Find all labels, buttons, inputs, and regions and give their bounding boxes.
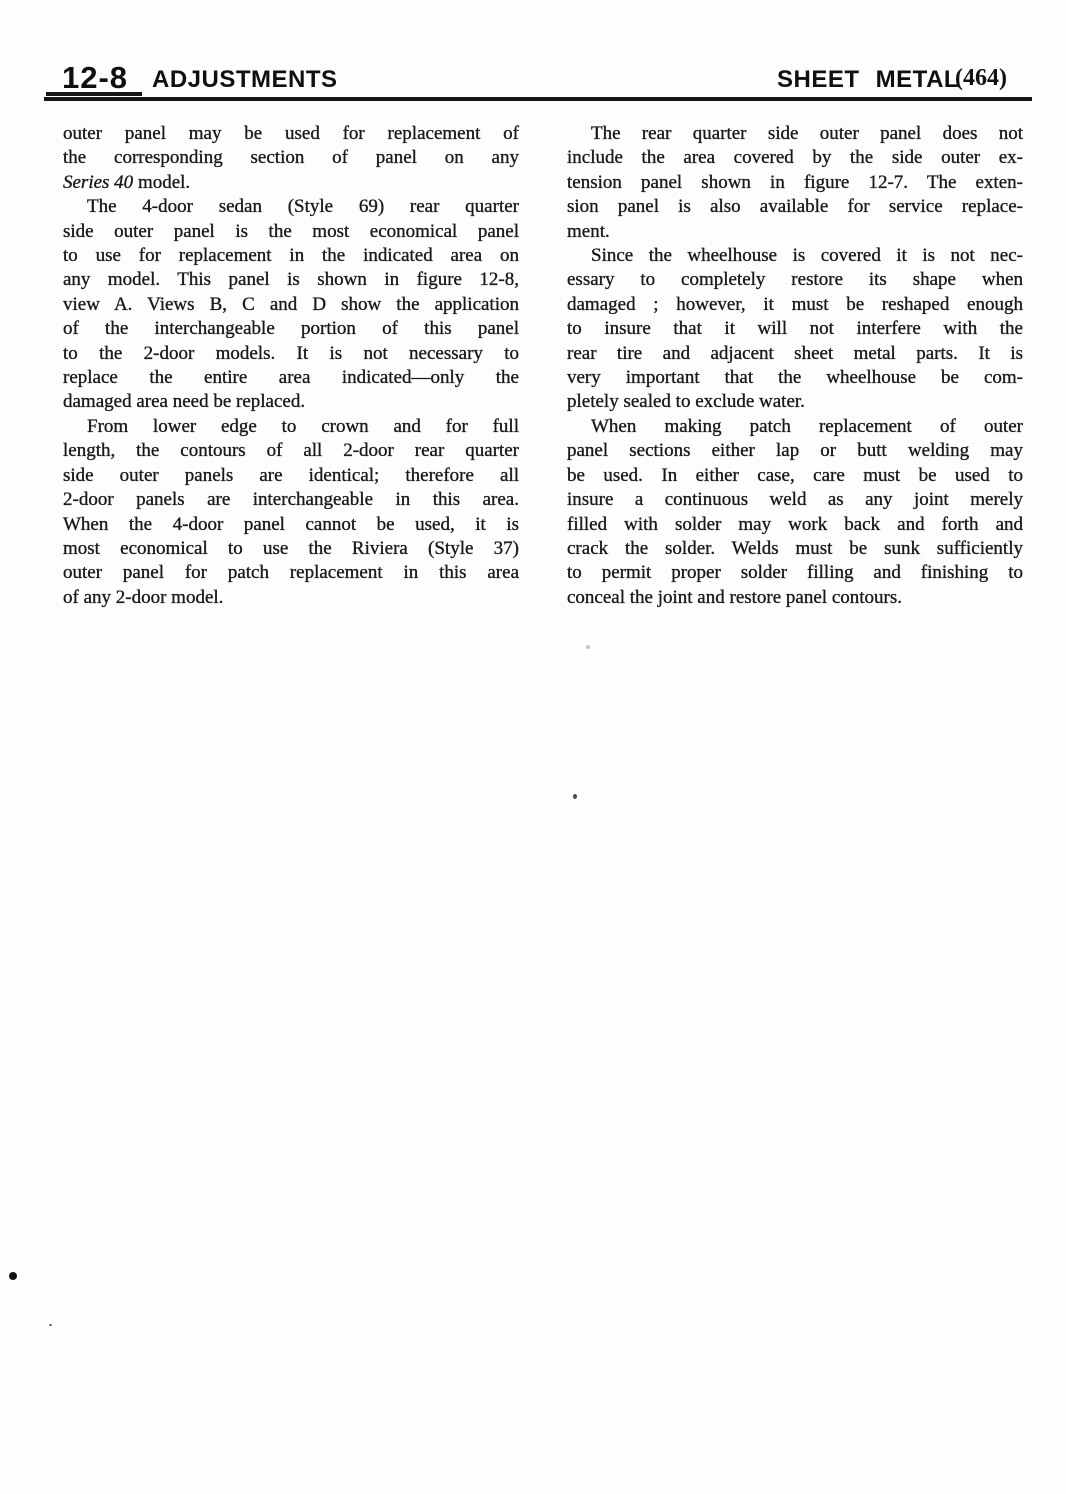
header-rule [44, 97, 1032, 101]
text-line: insure a continuous weld as any joint me… [567, 488, 1023, 512]
text-line: Since the wheelhouse is covered it is no… [567, 244, 1023, 268]
text-line: When making patch replacement of outer [567, 415, 1023, 439]
text-line: outer panel may be used for replacement … [63, 122, 519, 146]
right-column: The rear quarter side outer panel does n… [567, 122, 1023, 610]
text-line: damaged ; however, it must be reshaped e… [567, 293, 1023, 317]
header-number-underline [46, 92, 142, 96]
ink-spot [573, 794, 577, 799]
text-line: replace the entire area indicated—only t… [63, 366, 519, 390]
text-line: side outer panels are identical; therefo… [63, 464, 519, 488]
text-line: very important that the wheelhouse be co… [567, 366, 1023, 390]
text-line: The rear quarter side outer panel does n… [567, 122, 1023, 146]
text-line: rear tire and adjacent sheet metal parts… [567, 342, 1023, 366]
text-line: crack the solder. Welds must be sunk suf… [567, 537, 1023, 561]
left-column: outer panel may be used for replacement … [63, 122, 519, 610]
text-line: include the area covered by the side out… [567, 146, 1023, 170]
text-line: of any 2-door model. [63, 586, 519, 610]
text-line: 2-door panels are interchangeable in thi… [63, 488, 519, 512]
text-line: the corresponding section of panel on an… [63, 146, 519, 170]
page-number: 12-8 [62, 60, 128, 96]
manual-page: 12-8 ADJUSTMENTS SHEET METAL (464) outer… [0, 0, 1066, 1494]
text-line: be used. In either case, care must be us… [567, 464, 1023, 488]
text-line: sion panel is also available for service… [567, 195, 1023, 219]
section-title: ADJUSTMENTS [152, 66, 338, 94]
text-line: to the 2-door models. It is not necessar… [63, 342, 519, 366]
text-line: pletely sealed to exclude water. [567, 390, 1023, 414]
text-line: From lower edge to crown and for full [63, 415, 519, 439]
text-line: of the interchangeable portion of this p… [63, 317, 519, 341]
text-line: length, the contours of all 2-door rear … [63, 439, 519, 463]
ink-spot [586, 645, 590, 649]
text-line: side outer panel is the most economical … [63, 220, 519, 244]
text-line: filled with solder may work back and for… [567, 513, 1023, 537]
ink-spot [49, 1324, 52, 1326]
text-line: damaged area need be replaced. [63, 390, 519, 414]
chapter-title: SHEET METAL [777, 66, 959, 94]
text-line: view A. Views B, C and D show the applic… [63, 293, 519, 317]
text-line: most economical to use the Riviera (Styl… [63, 537, 519, 561]
text-line: conceal the joint and restore panel cont… [567, 586, 1023, 610]
text-line: to insure that it will not interfere wit… [567, 317, 1023, 341]
text-line: essary to completely restore its shape w… [567, 268, 1023, 292]
page-reference: (464) [955, 65, 1007, 92]
text-line: panel sections either lap or butt weldin… [567, 439, 1023, 463]
text-line: tension panel shown in figure 12-7. The … [567, 171, 1023, 195]
text-line: to permit proper solder filling and fini… [567, 561, 1023, 585]
text-line: ment. [567, 220, 1023, 244]
ink-spot [9, 1272, 17, 1280]
text-line: outer panel for patch replacement in thi… [63, 561, 519, 585]
text-line: When the 4-door panel cannot be used, it… [63, 513, 519, 537]
text-line: to use for replacement in the indicated … [63, 244, 519, 268]
text-line: Series 40 model. [63, 171, 519, 195]
text-line: any model. This panel is shown in figure… [63, 268, 519, 292]
text-line: The 4-door sedan (Style 69) rear quarter [63, 195, 519, 219]
